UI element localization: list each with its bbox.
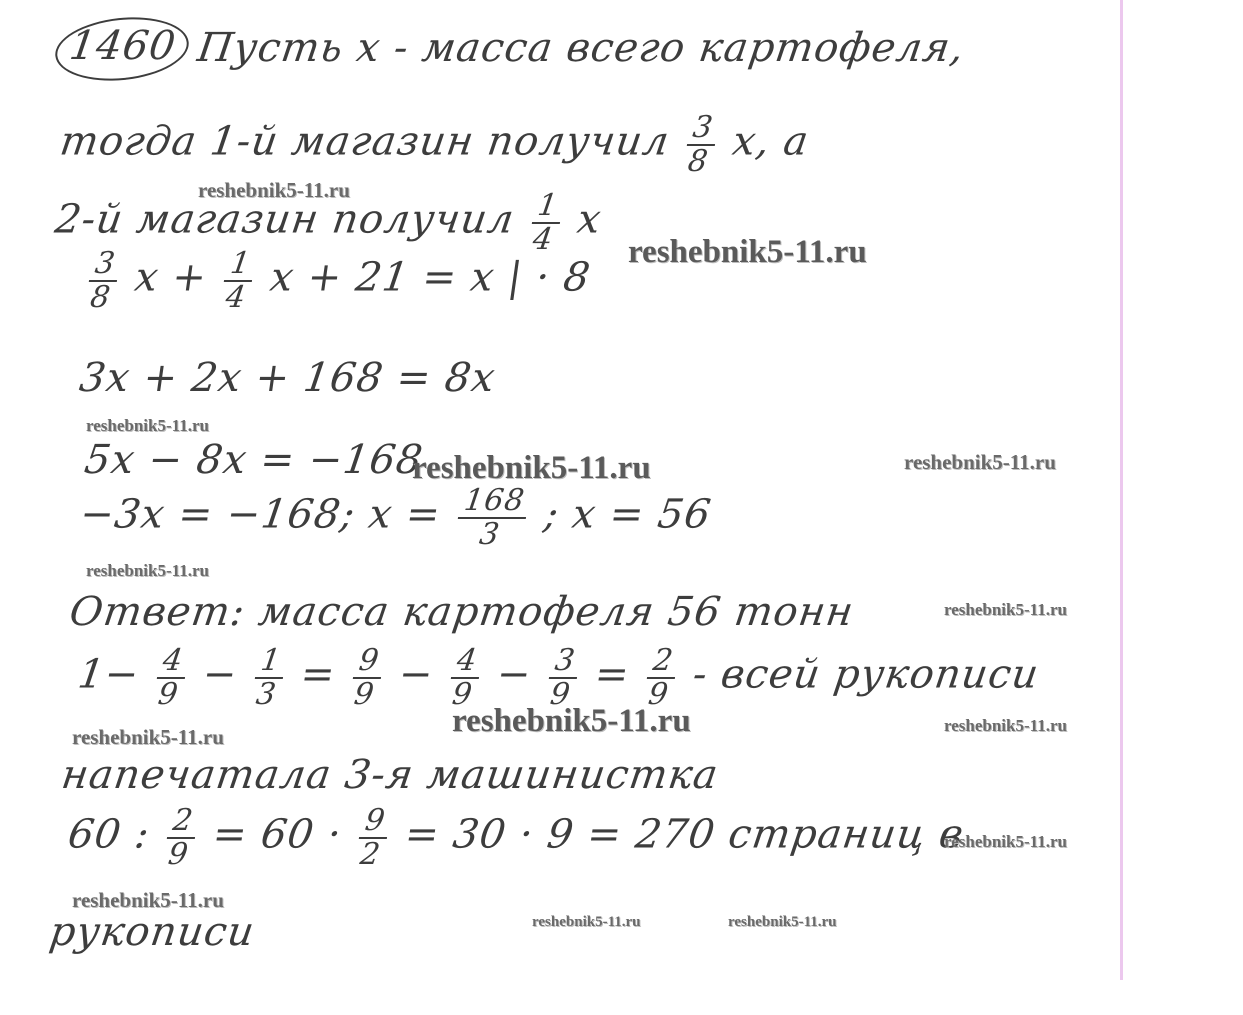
- fraction-9-2: 92: [354, 805, 391, 870]
- notebook-page: 1460 Пусть x - масса всего картофеля, то…: [0, 0, 1243, 1015]
- line-4-equation: 38 x + 14 x + 21 = x | · 8: [80, 248, 594, 313]
- denominator: 4: [220, 282, 253, 314]
- fraction-168-3: 1683: [453, 485, 530, 550]
- line-4-tail: x + 21 = x | · 8: [267, 255, 593, 301]
- denominator: 8: [84, 282, 117, 314]
- fraction-1-4: 14: [220, 248, 257, 313]
- watermark: reshebnik5-11.ru: [86, 562, 209, 579]
- numerator: 1: [224, 248, 257, 282]
- problem-number: 1460: [67, 26, 178, 66]
- minus: −: [494, 652, 535, 698]
- denominator: 9: [152, 679, 185, 711]
- line-9: 1− 49 − 13 = 99 − 49 − 39 = 29 - всей ру…: [73, 645, 1042, 710]
- denominator: 9: [348, 679, 381, 711]
- fraction-2-9: 29: [162, 805, 199, 870]
- watermark: reshebnik5-11.ru: [904, 452, 1056, 473]
- line-3-tail: x: [575, 197, 605, 243]
- line-11-head: 60 :: [65, 812, 153, 858]
- line-12: рукописи: [47, 912, 257, 952]
- line-11-tail: = 30 · 9 = 270 страниц в: [402, 812, 967, 858]
- numerator: 168: [458, 485, 531, 519]
- line-2-tail: x, а: [730, 119, 812, 165]
- line-9-head: 1−: [75, 652, 142, 698]
- watermark: reshebnik5-11.ru: [944, 717, 1067, 734]
- watermark: reshebnik5-11.ru: [628, 236, 867, 269]
- numerator: 4: [157, 645, 190, 679]
- fraction-2-9: 29: [642, 645, 679, 710]
- line-10: напечатала 3-я машинистка: [59, 755, 721, 795]
- watermark: reshebnik5-11.ru: [452, 705, 691, 738]
- watermark: reshebnik5-11.ru: [198, 180, 350, 201]
- line-4-mid: x +: [132, 255, 210, 301]
- fraction-3-8: 38: [84, 248, 121, 313]
- minus: −: [200, 652, 241, 698]
- watermark: reshebnik5-11.ru: [412, 452, 651, 485]
- equals: =: [592, 652, 633, 698]
- denominator: 9: [162, 839, 195, 871]
- fraction-4-9: 49: [152, 645, 189, 710]
- fraction-1-4: 14: [527, 190, 564, 255]
- numerator: 3: [687, 112, 720, 146]
- denominator: 2: [354, 839, 387, 871]
- line-1: Пусть x - масса всего картофеля,: [195, 28, 967, 68]
- denominator: 3: [474, 519, 507, 551]
- watermark: reshebnik5-11.ru: [532, 915, 641, 930]
- fraction-1-3: 13: [250, 645, 287, 710]
- answer-line: Ответ: масса картофеля 56 тонн: [67, 592, 856, 632]
- numerator: 3: [89, 248, 122, 282]
- line-7-head: −3x = −168; x =: [77, 492, 444, 538]
- numerator: 9: [353, 645, 386, 679]
- watermark: reshebnik5-11.ru: [72, 727, 224, 748]
- line-3-text: 2-й магазин получил: [52, 197, 517, 243]
- line-11: 60 : 29 = 60 · 92 = 30 · 9 = 270 страниц…: [63, 805, 967, 870]
- line-7-tail: ; x = 56: [541, 492, 714, 538]
- watermark: reshebnik5-11.ru: [72, 890, 224, 911]
- denominator: 8: [682, 146, 715, 178]
- margin-line: [1120, 0, 1123, 980]
- numerator: 2: [647, 645, 680, 679]
- watermark: reshebnik5-11.ru: [944, 601, 1067, 618]
- watermark: reshebnik5-11.ru: [86, 417, 209, 434]
- line-2: тогда 1-й магазин получил 38 x, а: [55, 112, 812, 177]
- line-11-mid: = 60 ·: [210, 812, 345, 858]
- fraction-3-9: 39: [544, 645, 581, 710]
- line-9-tail: - всей рукописи: [690, 652, 1042, 698]
- numerator: 2: [167, 805, 200, 839]
- line-2-text: тогда 1-й магазин получил: [57, 119, 672, 165]
- minus: −: [396, 652, 437, 698]
- fraction-3-8: 38: [682, 112, 719, 177]
- watermark: reshebnik5-11.ru: [944, 833, 1067, 850]
- fraction-9-9: 99: [348, 645, 385, 710]
- denominator: 3: [250, 679, 283, 711]
- numerator: 3: [549, 645, 582, 679]
- numerator: 1: [531, 190, 564, 224]
- line-7: −3x = −168; x = 1683 ; x = 56: [75, 485, 715, 550]
- line-6: 5x − 8x = −168: [82, 440, 425, 480]
- numerator: 9: [359, 805, 392, 839]
- numerator: 4: [451, 645, 484, 679]
- equals: =: [298, 652, 339, 698]
- line-5: 3x + 2x + 168 = 8x: [77, 358, 498, 398]
- numerator: 1: [255, 645, 288, 679]
- watermark: reshebnik5-11.ru: [728, 915, 837, 930]
- fraction-4-9: 49: [446, 645, 483, 710]
